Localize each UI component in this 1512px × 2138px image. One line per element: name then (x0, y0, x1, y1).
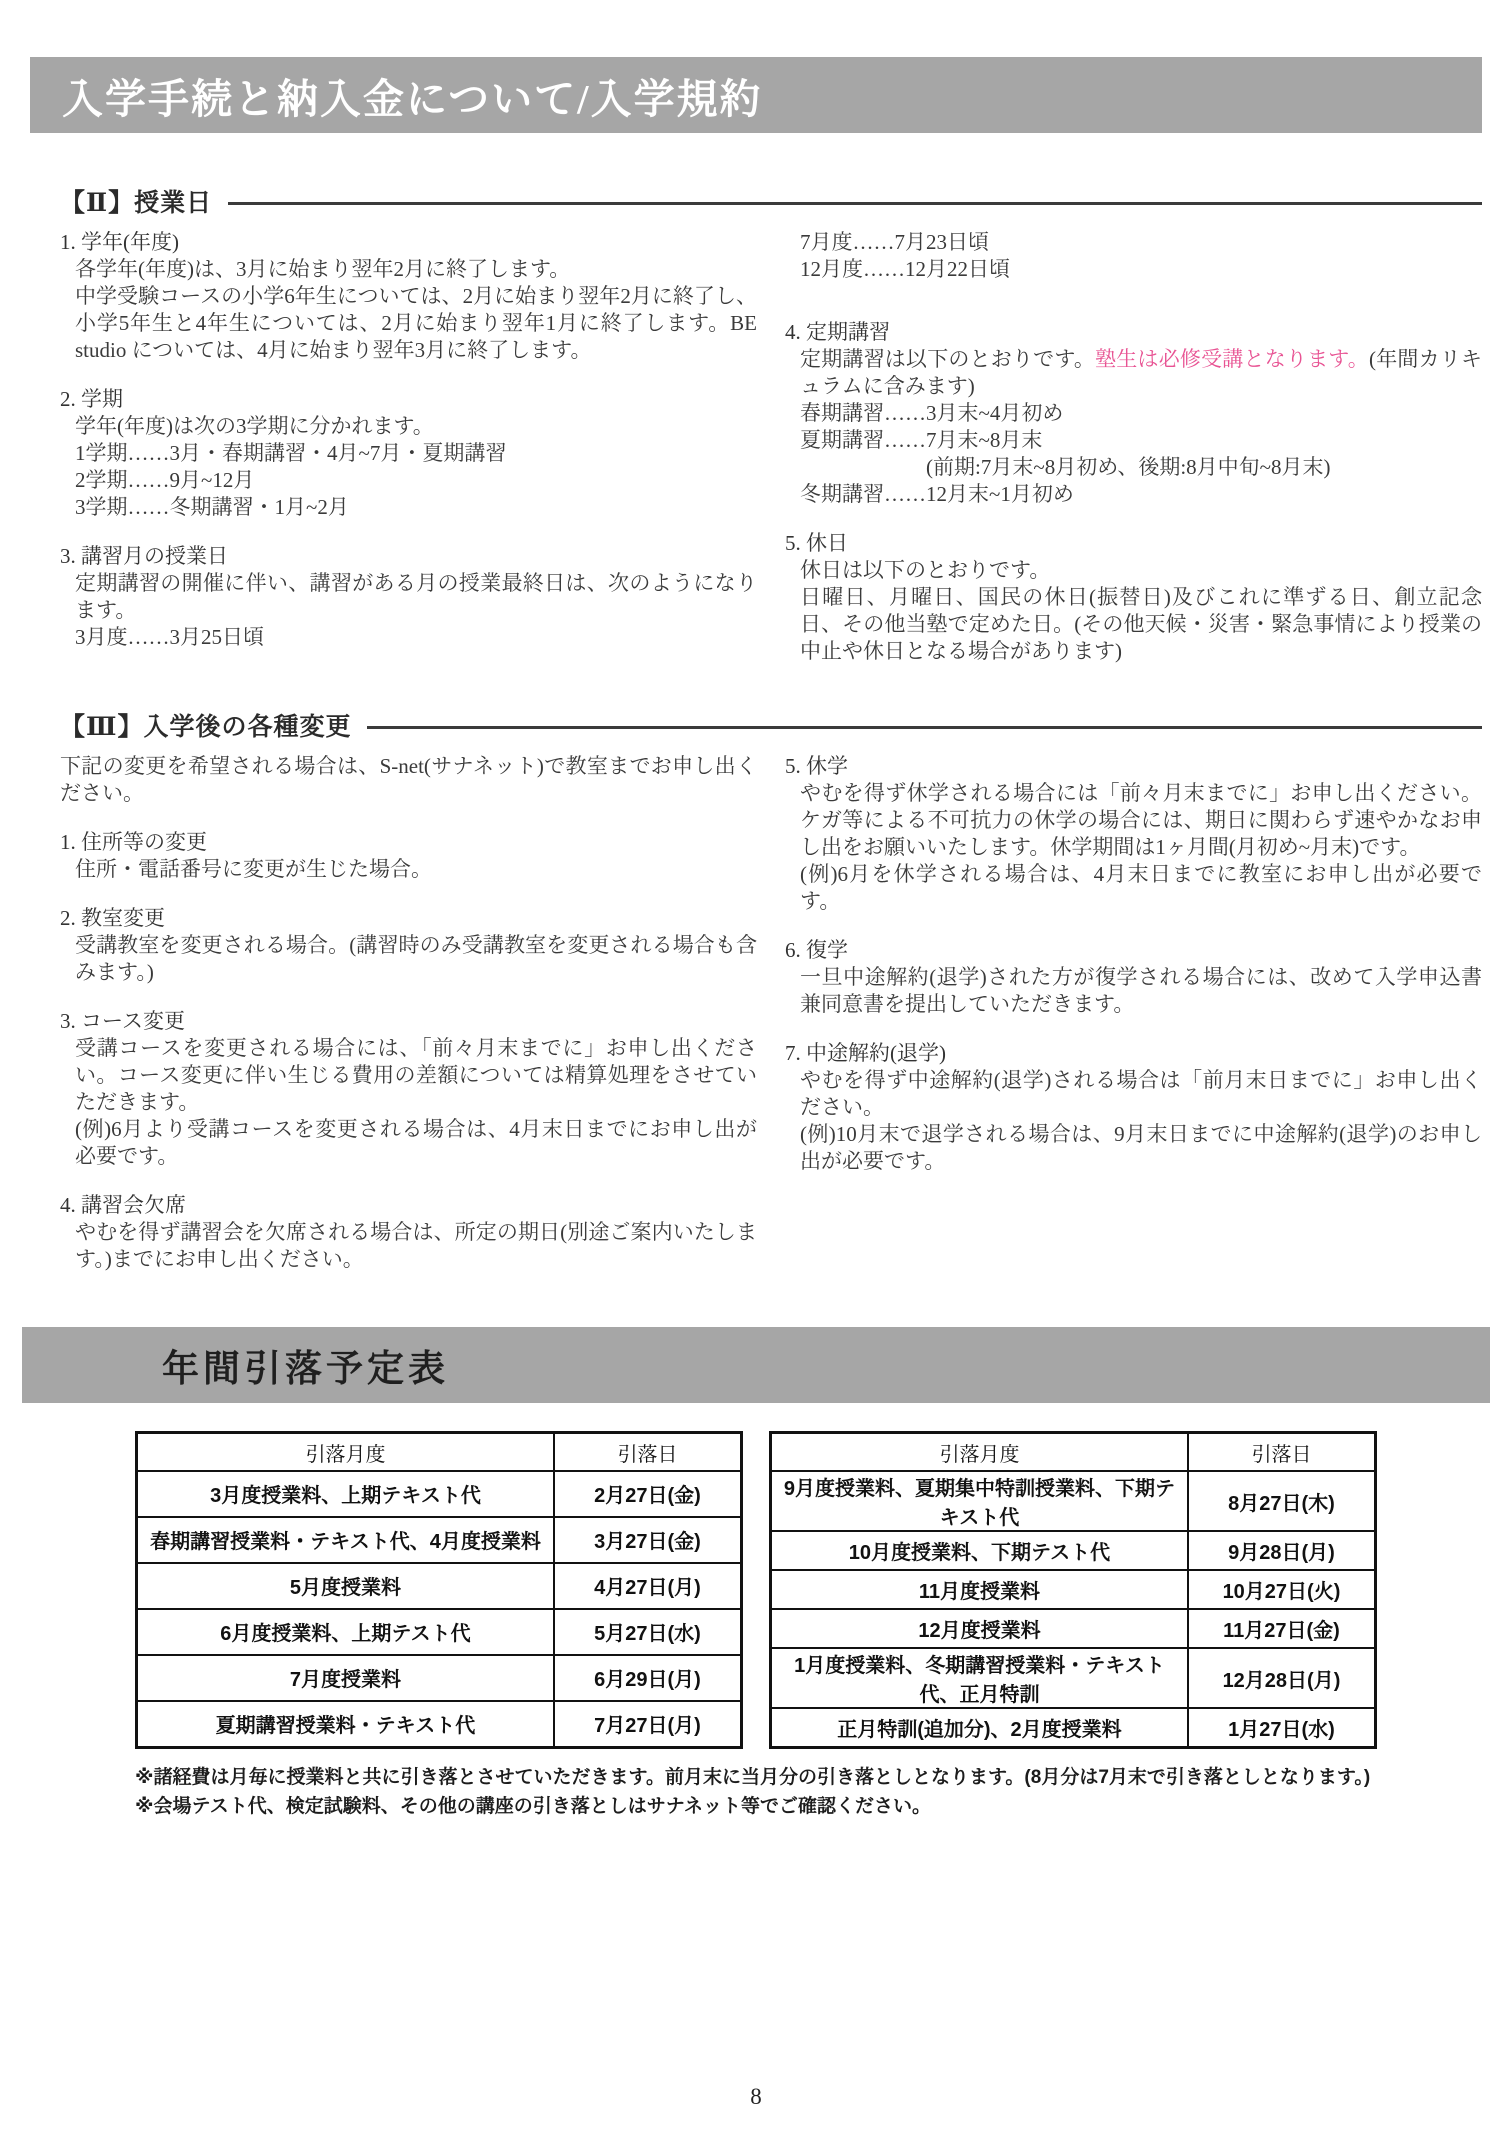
table-row: 11月度授業料 10月27日(火) (771, 1570, 1376, 1609)
table-row: 9月度授業料、夏期集中特訓授業料、下期テキスト代 8月27日(木) (771, 1471, 1376, 1531)
cell-month: 正月特訓(追加分)、2月度授業料 (771, 1708, 1188, 1748)
section3-intro: 下記の変更を希望される場合は、S-net(サナネット)で教室までお申し出ください… (60, 753, 757, 807)
footnotes: ※諸経費は月毎に授業料と共に引き落とさせていただきます。前月末に当月分の引き落と… (135, 1763, 1377, 1821)
item-title: 1. 住所等の変更 (60, 829, 757, 856)
column-header-month: 引落月度 (137, 1433, 554, 1472)
table-row: 1月度授業料、冬期講習授業料・テキスト代、正月特訓 12月28日(月) (771, 1648, 1376, 1708)
section2-rule (228, 202, 1482, 205)
item-title: 3. 講習月の授業日 (60, 543, 757, 570)
item-title: 5. 休学 (785, 753, 1482, 780)
drawdown-tables: 引落月度 引落日 3月度授業料、上期テキスト代 2月27日(金) 春期講習授業料… (135, 1431, 1377, 1749)
cell-date: 9月28日(月) (1188, 1531, 1376, 1570)
cell-date: 8月27日(木) (1188, 1471, 1376, 1531)
item-regular-courses: 4. 定期講習 定期講習は以下のとおりです。塾生は必修受講となります。(年間カリ… (785, 319, 1482, 508)
item-address-change: 1. 住所等の変更 住所・電話番号に変更が生じた場合。 (60, 829, 757, 883)
cell-date: 12月28日(月) (1188, 1648, 1376, 1708)
item-title: 2. 教室変更 (60, 905, 757, 932)
cell-date: 11月27日(金) (1188, 1609, 1376, 1648)
table-row: 春期講習授業料・テキスト代、4月度授業料 3月27日(金) (137, 1517, 742, 1563)
footnote-2: ※会場テスト代、検定試験料、その他の講座の引き落としはサナネット等でご確認くださ… (135, 1792, 1377, 1821)
table-row: 3月度授業料、上期テキスト代 2月27日(金) (137, 1471, 742, 1517)
mandatory-attendance-highlight: 塾生は必修受講となります。 (1095, 347, 1369, 371)
item-leave-of-absence: 5. 休学 やむを得ず休学される場合には「前々月末までに」お申し出ください。ケガ… (785, 753, 1482, 915)
cell-date: 10月27日(火) (1188, 1570, 1376, 1609)
item-holidays: 5. 休日 休日は以下のとおりです。 日曜日、月曜日、国民の休日(振替日)及びこ… (785, 530, 1482, 665)
cell-month: 6月度授業料、上期テスト代 (137, 1609, 554, 1655)
section-class-days: 【Ⅱ】授業日 1. 学年(年度) 各学年(年度)は、3月に始まり翌年2月に終了し… (60, 183, 1482, 665)
item-body: やむを得ず講習会を欠席される場合は、所定の期日(別途ご案内いたします。)までにお… (60, 1219, 757, 1273)
document-page: 入学手続と納入金について/入学規約 【Ⅱ】授業日 1. 学年(年度) 各学年(年… (0, 0, 1512, 2138)
item-classroom-change: 2. 教室変更 受講教室を変更される場合。(講習時のみ受講教室を変更される場合も… (60, 905, 757, 986)
section2-right-column: 7月度……7月23日頃 12月度……12月22日頃 4. 定期講習 定期講習は以… (785, 229, 1482, 665)
cell-date: 1月27日(水) (1188, 1708, 1376, 1748)
item-body: 受講コースを変更される場合には、「前々月末までに」お申し出ください。コース変更に… (60, 1035, 757, 1170)
table-row: 10月度授業料、下期テスト代 9月28日(月) (771, 1531, 1376, 1570)
section3-heading-row: 【Ⅲ】入学後の各種変更 (60, 707, 1482, 743)
table-row: 夏期講習授業料・テキスト代 7月27日(月) (137, 1701, 742, 1748)
item-body: 各学年(年度)は、3月に始まり翌年2月に終了します。 中学受験コースの小学6年生… (60, 256, 757, 364)
item-body: やむを得ず中途解約(退学)される場合は「前月末日までに」お申し出ください。 (例… (785, 1067, 1482, 1175)
cell-date: 7月27日(月) (554, 1701, 742, 1748)
cell-date: 3月27日(金) (554, 1517, 742, 1563)
item-title: 2. 学期 (60, 386, 757, 413)
item-course-change: 3. コース変更 受講コースを変更される場合には、「前々月末までに」お申し出くだ… (60, 1008, 757, 1170)
drawdown-table-right: 引落月度 引落日 9月度授業料、夏期集中特訓授業料、下期テキスト代 8月27日(… (769, 1431, 1377, 1749)
item-title: 3. コース変更 (60, 1008, 757, 1035)
section3-columns: 下記の変更を希望される場合は、S-net(サナネット)で教室までお申し出ください… (60, 753, 1482, 1273)
cell-month: 9月度授業料、夏期集中特訓授業料、下期テキスト代 (771, 1471, 1188, 1531)
item-title: 4. 定期講習 (785, 319, 1482, 346)
drawdown-schedule-title: 年間引落予定表 (162, 1338, 449, 1392)
item-body: 住所・電話番号に変更が生じた場合。 (60, 856, 757, 883)
cell-date: 5月27日(水) (554, 1609, 742, 1655)
cell-month: 5月度授業料 (137, 1563, 554, 1609)
item-title: 5. 休日 (785, 530, 1482, 557)
column-header-date: 引落日 (554, 1433, 742, 1472)
section3-right-column: 5. 休学 やむを得ず休学される場合には「前々月末までに」お申し出ください。ケガ… (785, 753, 1482, 1273)
section2-columns: 1. 学年(年度) 各学年(年度)は、3月に始まり翌年2月に終了します。 中学受… (60, 229, 1482, 665)
cell-month: 7月度授業料 (137, 1655, 554, 1701)
item-body: 一旦中途解約(退学)された方が復学される場合には、改めて入学申込書兼同意書を提出… (785, 964, 1482, 1018)
column-header-month: 引落月度 (771, 1433, 1188, 1472)
intro-text: 定期講習は以下のとおりです。 (800, 347, 1095, 371)
table-header-row: 引落月度 引落日 (137, 1433, 742, 1472)
item-body-schedule: 春期講習……3月末~4月初め 夏期講習……7月末~8月末 (前期:7月末~8月初… (785, 400, 1482, 508)
item-title: 6. 復学 (785, 937, 1482, 964)
item-body: 休日は以下のとおりです。 日曜日、月曜日、国民の休日(振替日)及びこれに準ずる日… (785, 557, 1482, 665)
table-header-row: 引落月度 引落日 (771, 1433, 1376, 1472)
cell-month: 1月度授業料、冬期講習授業料・テキスト代、正月特訓 (771, 1648, 1188, 1708)
cell-month: 夏期講習授業料・テキスト代 (137, 1701, 554, 1748)
item-title: 4. 講習会欠席 (60, 1192, 757, 1219)
table-row: 5月度授業料 4月27日(月) (137, 1563, 742, 1609)
footnote-1: ※諸経費は月毎に授業料と共に引き落とさせていただきます。前月末に当月分の引き落と… (135, 1763, 1377, 1792)
cell-date: 4月27日(月) (554, 1563, 742, 1609)
cell-month: 10月度授業料、下期テスト代 (771, 1531, 1188, 1570)
item-terms: 2. 学期 学年(年度)は次の3学期に分かれます。 1学期……3月・春期講習・4… (60, 386, 757, 521)
page-title: 入学手続と納入金について/入学規約 (62, 66, 763, 125)
cell-month: 3月度授業料、上期テキスト代 (137, 1471, 554, 1517)
item-title: 1. 学年(年度) (60, 229, 757, 256)
table-row: 7月度授業料 6月29日(月) (137, 1655, 742, 1701)
item-seminar-absence: 4. 講習会欠席 やむを得ず講習会を欠席される場合は、所定の期日(別途ご案内いた… (60, 1192, 757, 1273)
table-row: 6月度授業料、上期テスト代 5月27日(水) (137, 1609, 742, 1655)
item-lesson-days-continued: 7月度……7月23日頃 12月度……12月22日頃 (785, 229, 1482, 283)
section2-heading-row: 【Ⅱ】授業日 (60, 183, 1482, 219)
item-lesson-days-in-course-months: 3. 講習月の授業日 定期講習の開催に伴い、講習がある月の授業最終日は、次のよう… (60, 543, 757, 651)
column-header-date: 引落日 (1188, 1433, 1376, 1472)
page-title-bar: 入学手続と納入金について/入学規約 (30, 57, 1482, 133)
item-body: 定期講習の開催に伴い、講習がある月の授業最終日は、次のようになります。 3月度…… (60, 570, 757, 651)
section2-left-column: 1. 学年(年度) 各学年(年度)は、3月に始まり翌年2月に終了します。 中学受… (60, 229, 757, 665)
section3-left-column: 下記の変更を希望される場合は、S-net(サナネット)で教室までお申し出ください… (60, 753, 757, 1273)
drawdown-schedule-band: 年間引落予定表 (22, 1327, 1490, 1403)
item-body-intro: 定期講習は以下のとおりです。塾生は必修受講となります。(年間カリキュラムに含みま… (785, 346, 1482, 400)
cell-month: 春期講習授業料・テキスト代、4月度授業料 (137, 1517, 554, 1563)
page-number: 8 (0, 2084, 1512, 2110)
item-school-year: 1. 学年(年度) 各学年(年度)は、3月に始まり翌年2月に終了します。 中学受… (60, 229, 757, 364)
cell-month: 11月度授業料 (771, 1570, 1188, 1609)
item-body: 学年(年度)は次の3学期に分かれます。 1学期……3月・春期講習・4月~7月・夏… (60, 413, 757, 521)
table-row: 12月度授業料 11月27日(金) (771, 1609, 1376, 1648)
drawdown-table-left: 引落月度 引落日 3月度授業料、上期テキスト代 2月27日(金) 春期講習授業料… (135, 1431, 743, 1749)
cell-date: 6月29日(月) (554, 1655, 742, 1701)
item-body: やむを得ず休学される場合には「前々月末までに」お申し出ください。ケガ等による不可… (785, 780, 1482, 915)
section-changes-after-enrollment: 【Ⅲ】入学後の各種変更 下記の変更を希望される場合は、S-net(サナネット)で… (60, 707, 1482, 1273)
table-row: 正月特訓(追加分)、2月度授業料 1月27日(水) (771, 1708, 1376, 1748)
section3-heading: 【Ⅲ】入学後の各種変更 (60, 707, 351, 743)
item-body: 受講教室を変更される場合。(講習時のみ受講教室を変更される場合も含みます。) (60, 932, 757, 986)
cell-month: 12月度授業料 (771, 1609, 1188, 1648)
section2-heading: 【Ⅱ】授業日 (60, 183, 212, 219)
item-withdrawal: 7. 中途解約(退学) やむを得ず中途解約(退学)される場合は「前月末日までに」… (785, 1040, 1482, 1175)
item-title: 7. 中途解約(退学) (785, 1040, 1482, 1067)
item-reinstatement: 6. 復学 一旦中途解約(退学)された方が復学される場合には、改めて入学申込書兼… (785, 937, 1482, 1018)
section3-rule (367, 726, 1482, 729)
cell-date: 2月27日(金) (554, 1471, 742, 1517)
